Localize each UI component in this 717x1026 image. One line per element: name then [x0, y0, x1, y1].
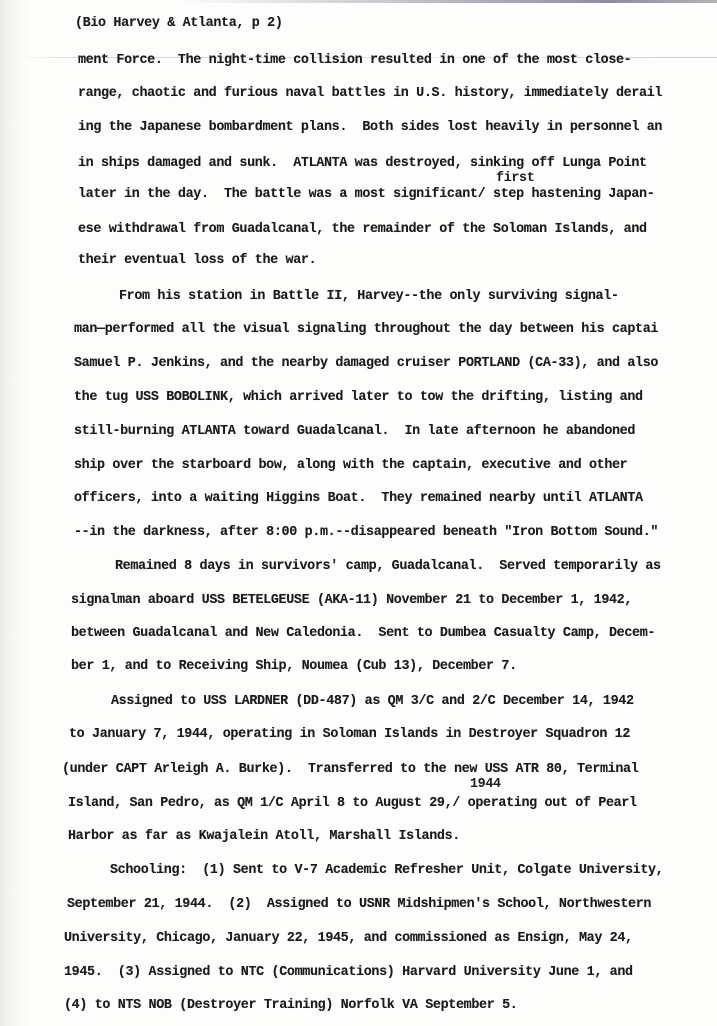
text-line: still-burning ATLANTA toward Guadalcanal… [74, 424, 635, 440]
text-line: ing the Japanese bombardment plans. Both… [78, 120, 662, 136]
text-line: range, chaotic and furious naval battles… [78, 86, 662, 102]
text-line: Island, San Pedro, as QM 1/C April 8 to … [68, 796, 637, 812]
text-line: Assigned to USS LARDNER (DD-487) as QM 3… [111, 694, 634, 710]
text-line: --in the darkness, after 8:00 p.m.--disa… [74, 525, 658, 541]
text-line: in ships damaged and sunk. ATLANTA was d… [78, 156, 647, 172]
text-line: 1945. (3) Assigned to NTC (Communication… [64, 965, 633, 981]
text-line: signalman aboard USS BETELGEUSE (AKA-11)… [71, 593, 632, 609]
text-line: between Guadalcanal and New Caledonia. S… [71, 626, 655, 642]
page-header: (Bio Harvey & Atlanta, p 2) [75, 16, 283, 32]
text-line: later in the day. The battle was a most … [78, 187, 654, 203]
text-line: From his station in Battle II, Harvey--t… [119, 289, 619, 305]
text-line: (under CAPT Arleigh A. Burke). Transferr… [62, 762, 638, 778]
text-line: ship over the starboard bow, along with … [74, 458, 627, 474]
text-line: their eventual loss of the war. [78, 253, 316, 269]
text-line: Remained 8 days in survivors' camp, Guad… [115, 559, 661, 575]
text-line: to January 7, 1944, operating in Soloman… [69, 727, 630, 743]
text-line: ber 1, and to Receiving Ship, Noumea (Cu… [71, 659, 517, 675]
text-line: Schooling: (1) Sent to V-7 Academic Refr… [110, 863, 663, 879]
text-line: Samuel P. Jenkins, and the nearby damage… [74, 356, 658, 372]
text-line: man—performed all the visual signaling t… [74, 322, 658, 338]
page-top-edge [180, 0, 717, 3]
text-line: ment Force. The night-time collision res… [78, 53, 631, 69]
text-line: September 21, 1944. (2) Assigned to USNR… [67, 897, 651, 913]
text-line: Harbor as far as Kwajalein Atoll, Marsha… [68, 829, 460, 845]
text-line: officers, into a waiting Higgins Boat. T… [74, 491, 643, 507]
scanned-page: (Bio Harvey & Atlanta, p 2) ment Force. … [0, 0, 717, 1026]
text-line: the tug USS BOBOLINK, which arrived late… [74, 390, 643, 406]
handwritten-insert: first [496, 172, 534, 186]
handwritten-insert: 1944 [470, 778, 501, 792]
text-line: (4) to NTS NOB (Destroyer Training) Norf… [64, 998, 517, 1014]
text-line: ese withdrawal from Guadalcanal, the rem… [78, 222, 647, 238]
text-line: University, Chicago, January 22, 1945, a… [64, 931, 633, 947]
